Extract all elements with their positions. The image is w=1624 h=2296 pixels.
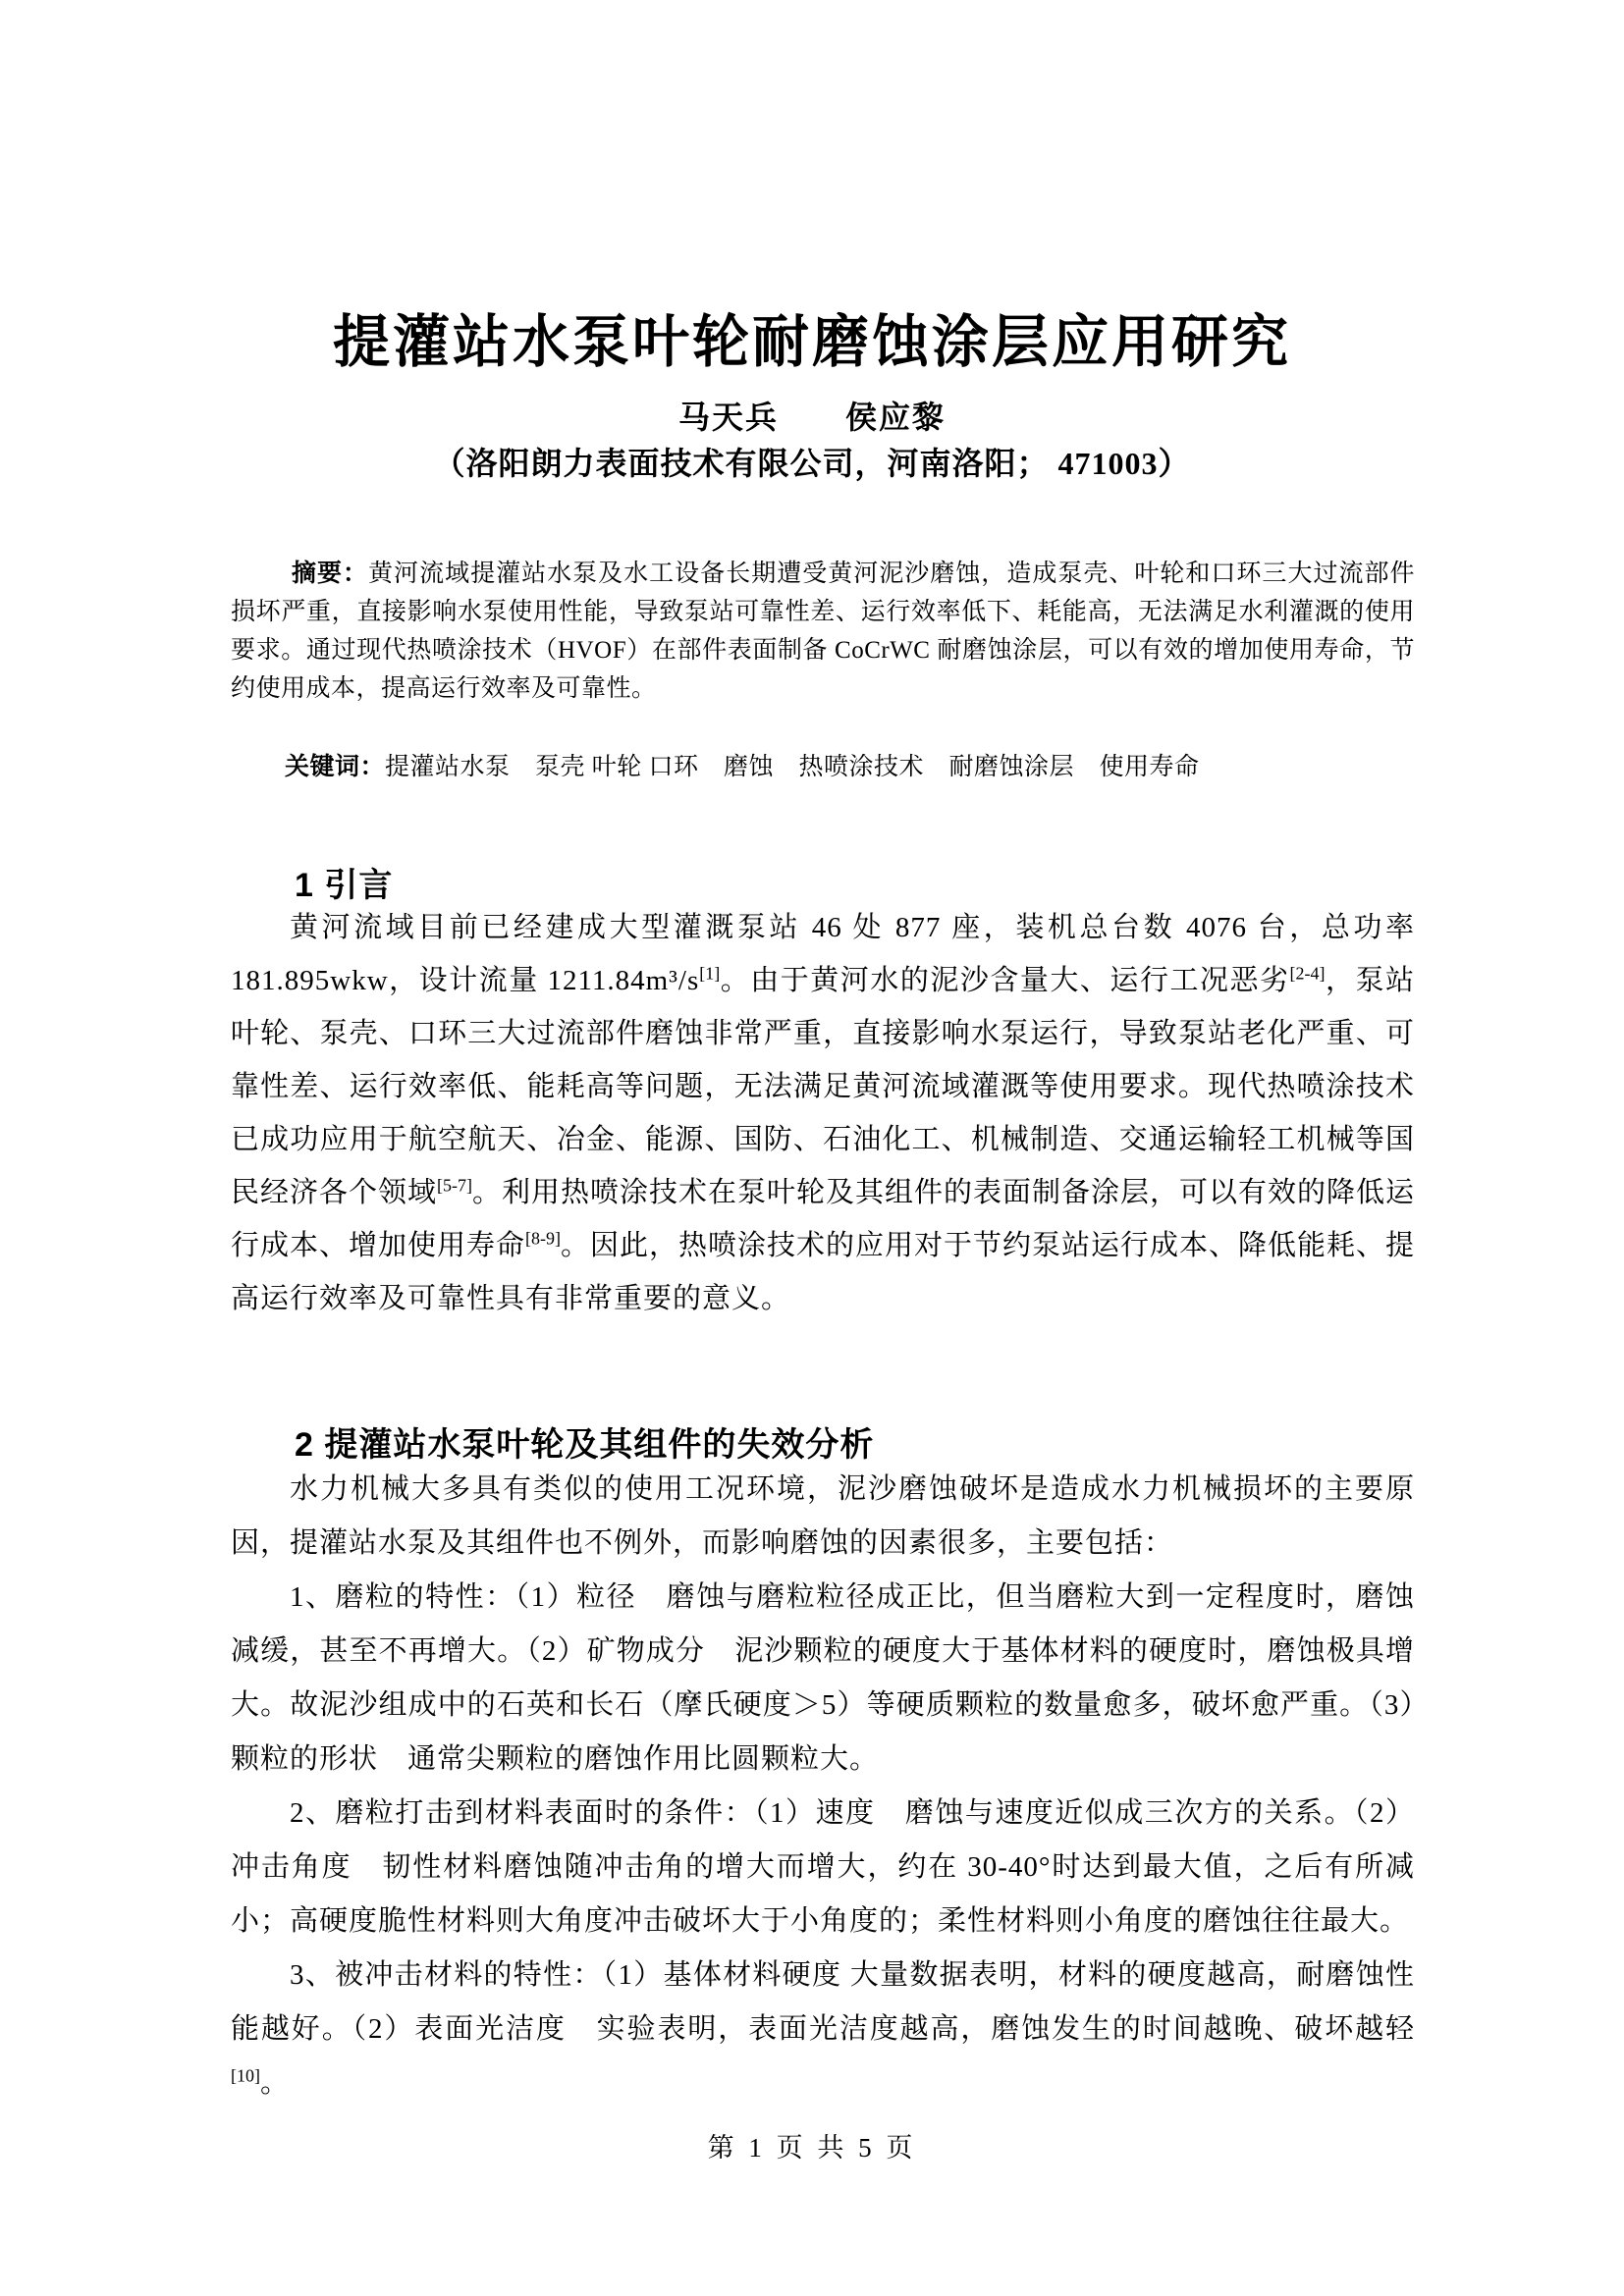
body-paragraph: 3、被冲击材料的特性：（1）基体材料硬度 大量数据表明，材料的硬度越高，耐磨蚀性… [231, 1949, 1415, 2110]
body-paragraph: 2、磨粒打击到材料表面时的条件：（1）速度 磨蚀与速度近似成三次方的关系。（2）… [231, 1787, 1415, 1949]
paper-page: 提灌站水泵叶轮耐磨蚀涂层应用研究 马天兵 侯应黎 （洛阳朗力表面技术有限公司，河… [0, 0, 1624, 2296]
introduction-paragraph: 黄河流域目前已经建成大型灌溉泵站 46 处 877 座，装机总台数 4076 台… [231, 901, 1415, 1325]
section-heading-failure-analysis: 2 提灌站水泵叶轮及其组件的失效分析 [295, 1417, 874, 1466]
section-heading-introduction: 1 引言 [295, 858, 393, 906]
authors-line: 马天兵 侯应黎 [0, 393, 1624, 438]
body-paragraph: 水力机械大多具有类似的使用工况环境，泥沙磨蚀破坏是造成水力机械损坏的主要原因，提… [231, 1463, 1415, 1571]
paper-title: 提灌站水泵叶轮耐磨蚀涂层应用研究 [0, 295, 1624, 378]
failure-analysis-section: 水力机械大多具有类似的使用工况环境，泥沙磨蚀破坏是造成水力机械损坏的主要原因，提… [231, 1463, 1415, 2110]
page-number-footer: 第 1 页 共 5 页 [0, 2126, 1624, 2164]
introduction-section: 黄河流域目前已经建成大型灌溉泵站 46 处 877 座，装机总台数 4076 台… [231, 901, 1415, 1325]
keywords-line: 关键词：提灌站水泵 泵壳 叶轮 口环 磨蚀 热喷涂技术 耐磨蚀涂层 使用寿命 [231, 748, 1415, 786]
affiliation-line: （洛阳朗力表面技术有限公司，河南洛阳； 471003） [0, 439, 1624, 484]
abstract-paragraph: 摘要：黄河流域提灌站水泵及水工设备长期遭受黄河泥沙磨蚀，造成泵壳、叶轮和口环三大… [231, 555, 1415, 708]
body-paragraph: 1、磨粒的特性：（1）粒径 磨蚀与磨粒粒径成正比，但当磨粒大到一定程度时，磨蚀减… [231, 1571, 1415, 1787]
